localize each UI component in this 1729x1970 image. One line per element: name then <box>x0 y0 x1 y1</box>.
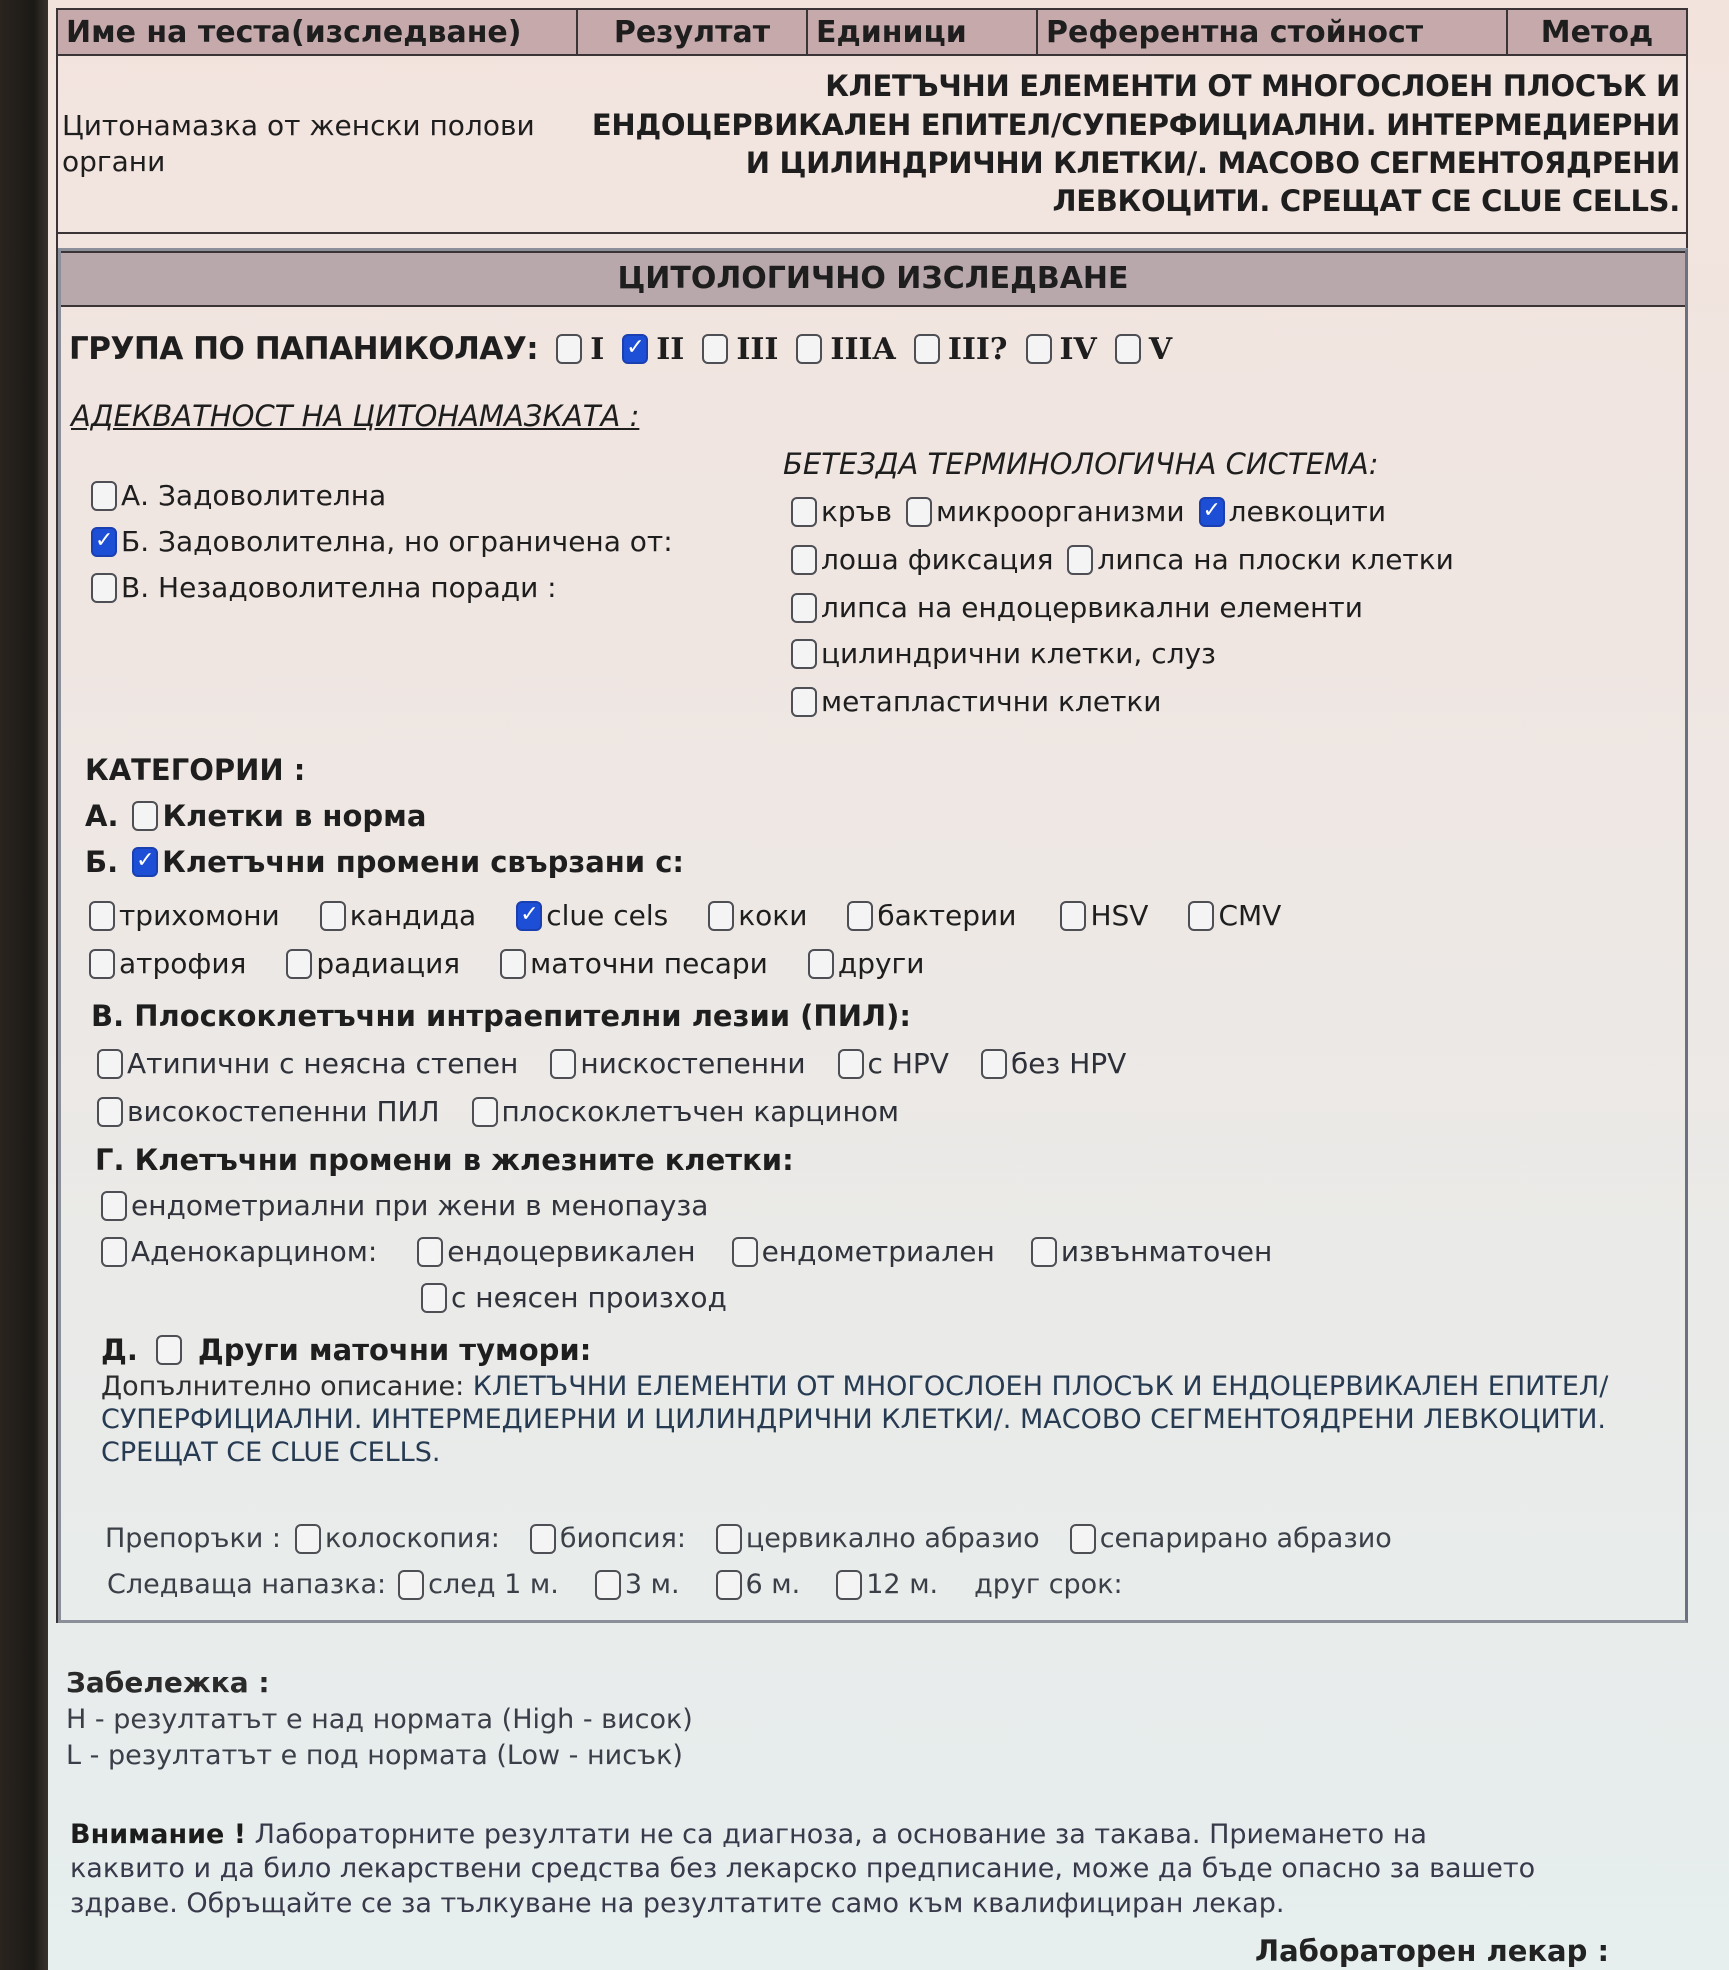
papanicolaou-option-label: III <box>736 332 778 367</box>
checkbox-icon[interactable] <box>530 1524 556 1554</box>
checkbox-checked-icon[interactable] <box>622 334 648 364</box>
papanicolaou-option[interactable]: IIIA <box>796 332 913 367</box>
adequacy-option-row: В. Незадоволителна поради : <box>91 571 579 604</box>
bethesda-option-row: лоша фиксациялипса на плоски клетки <box>791 543 1468 576</box>
checkbox-icon[interactable] <box>1188 901 1214 931</box>
checkbox-option[interactable]: липса на ендоцервикални елементи <box>791 591 1363 624</box>
checkbox-icon[interactable] <box>791 497 817 527</box>
papanicolaou-label: ГРУПА ПО ПАПАНИКОЛАУ: <box>69 331 538 367</box>
checkbox-icon[interactable] <box>906 497 932 527</box>
checkbox-option[interactable]: коки <box>708 899 807 932</box>
papanicolaou-option-label: III? <box>948 332 1008 367</box>
checkbox-option[interactable]: Б. Задоволителна, но ограничена от: <box>91 525 673 558</box>
checkbox-option[interactable]: след 1 м. <box>398 1569 559 1600</box>
category-v-option-row: високостепенни ПИЛплоскоклетъчен карцино… <box>97 1095 931 1128</box>
lab-report-page: Име на теста(изследване) Резултат Единиц… <box>48 0 1729 1970</box>
checkbox-label: А. Задоволителна <box>121 479 386 512</box>
checkbox-option[interactable]: кандида <box>320 899 476 932</box>
checkbox-label: Атипични с неясна степен <box>127 1047 518 1080</box>
notes-title: Забележка : <box>66 1666 270 1699</box>
results-table: Име на теста(изследване) Резултат Единиц… <box>56 8 1688 256</box>
category-g-option-row: Аденокарцином:ендоцервикаленендометриале… <box>101 1235 1308 1268</box>
checkbox-label: CMV <box>1218 899 1281 932</box>
category-b-row: Б. Клетъчни промени свързани с: <box>85 845 684 879</box>
checkbox-icon[interactable] <box>101 1237 127 1267</box>
checkbox-label: биопсия: <box>560 1523 686 1554</box>
papanicolaou-option[interactable]: III <box>702 332 796 367</box>
checkbox-label: микроорганизми <box>936 495 1185 528</box>
checkbox-option[interactable]: 3 м. <box>595 1569 680 1600</box>
checkbox-option[interactable]: с неясен произход <box>421 1281 727 1314</box>
other-term-label: друг срок: <box>974 1569 1122 1600</box>
next-smear-label: Следваща напазка: <box>107 1569 386 1600</box>
checkbox-icon[interactable] <box>791 545 817 575</box>
checkbox-label: радиация <box>316 947 460 980</box>
recommendations-options: колоскопия:биопсия:цервикално абразиосеп… <box>295 1523 1422 1554</box>
checkbox-label: сепарирано абразио <box>1100 1523 1392 1554</box>
category-d-checkbox[interactable] <box>156 1335 182 1365</box>
cytology-frame: ЦИТОЛОГИЧНО ИЗСЛЕДВАНЕ ГРУПА ПО ПАПАНИКО… <box>58 248 1688 1623</box>
checkbox-icon[interactable] <box>295 1524 321 1554</box>
papanicolaou-option[interactable]: I <box>556 332 622 367</box>
checkbox-icon[interactable] <box>91 481 117 511</box>
checkbox-option[interactable]: ендометриален <box>732 1235 995 1268</box>
checkbox-icon[interactable] <box>91 573 117 603</box>
column-header-name: Име на теста(изследване) <box>57 9 577 55</box>
papanicolaou-option[interactable]: V <box>1115 332 1190 367</box>
checkbox-icon[interactable] <box>1115 334 1141 364</box>
checkbox-icon[interactable] <box>500 949 526 979</box>
warning-label: Внимание ! <box>70 1819 246 1850</box>
checkbox-label: липса на ендоцервикални елементи <box>821 591 1363 624</box>
checkbox-option[interactable]: цилиндрични клетки, слуз <box>791 637 1216 670</box>
checkbox-label: след 1 м. <box>428 1569 559 1600</box>
checkbox-icon[interactable] <box>101 1191 127 1221</box>
checkbox-icon[interactable] <box>421 1283 447 1313</box>
table-header-row: Име на теста(изследване) Резултат Единиц… <box>57 9 1687 55</box>
result-line: И ЦИЛИНДРИЧНИ КЛЕТКИ/. МАСОВО СЕГМЕНТОЯД… <box>583 144 1680 182</box>
checkbox-option[interactable]: В. Незадоволителна поради : <box>91 571 557 604</box>
checkbox-option[interactable]: clue cels <box>516 899 668 932</box>
checkbox-label: липса на плоски клетки <box>1097 543 1453 576</box>
checkbox-icon[interactable] <box>89 949 115 979</box>
column-header-method: Метод <box>1507 9 1687 55</box>
category-g-title-row: Г. Клетъчни промени в жлезните клетки: <box>95 1143 794 1177</box>
bethesda-option-row: метапластични клетки <box>791 685 1175 718</box>
checkbox-checked-icon[interactable] <box>516 901 542 931</box>
checkbox-label: плоскоклетъчен карцином <box>502 1095 900 1128</box>
checkbox-option[interactable]: 12 м. <box>836 1569 938 1600</box>
checkbox-icon[interactable] <box>550 1049 576 1079</box>
papanicolaou-group: ГРУПА ПО ПАПАНИКОЛАУ: IIIIIIIIIAIII?IVV <box>69 331 1190 367</box>
checkbox-option[interactable]: липса на плоски клетки <box>1067 543 1453 576</box>
checkbox-option[interactable]: Аденокарцином: <box>101 1235 377 1268</box>
categories-title: КАТЕГОРИИ : <box>85 753 305 787</box>
cytology-section: ЦИТОЛОГИЧНО ИЗСЛЕДВАНЕ ГРУПА ПО ПАПАНИКО… <box>56 248 1688 1623</box>
next-smear-row: Следваща напазка: след 1 м.3 м.6 м.12 м.… <box>107 1569 1123 1600</box>
checkbox-label: 3 м. <box>625 1569 680 1600</box>
adequacy-title: АДЕКВАТНОСТ НА ЦИТОНАМАЗКАТА : <box>71 399 639 433</box>
category-a-prefix: А. <box>85 799 118 833</box>
category-d-row: Д. Други маточни тумори: <box>101 1333 591 1367</box>
adequacy-title-row: АДЕКВАТНОСТ НА ЦИТОНАМАЗКАТА : <box>71 399 639 433</box>
category-d-label: Други маточни тумори: <box>198 1333 591 1367</box>
checkbox-label: лоша фиксация <box>821 543 1053 576</box>
column-header-units: Единици <box>807 9 1037 55</box>
checkbox-icon[interactable] <box>1031 1237 1057 1267</box>
checkbox-label: коки <box>738 899 807 932</box>
checkbox-label: ендометриални при жени в менопауза <box>131 1189 708 1222</box>
checkbox-option[interactable]: бактерии <box>847 899 1016 932</box>
checkbox-label: 12 м. <box>866 1569 938 1600</box>
checkbox-label: кандида <box>350 899 476 932</box>
checkbox-icon[interactable] <box>417 1237 443 1267</box>
category-g-option-row: с неясен произход <box>421 1281 763 1314</box>
checkbox-label: метапластични клетки <box>821 685 1161 718</box>
result-line: КЛЕТЪЧНИ ЕЛЕМЕНТИ ОТ МНОГОСЛОЕН ПЛОСЪК И <box>583 67 1680 105</box>
adequacy-option-row: А. Задоволителна <box>91 479 408 512</box>
category-b-label: Клетъчни промени свързани с: <box>162 845 684 879</box>
checkbox-option[interactable]: лоша фиксация <box>791 543 1053 576</box>
category-a-checkbox[interactable] <box>132 801 158 831</box>
monitor-bezel <box>0 0 48 1970</box>
column-header-reference: Референтна стойност <box>1037 9 1507 55</box>
bethesda-option-row: кръвмикроорганизмилевкоцити <box>791 495 1400 528</box>
note-high: H - резултатът е над нормата (High - вис… <box>66 1704 693 1735</box>
checkbox-option[interactable]: 6 м. <box>716 1569 801 1600</box>
category-b-option-row: трихомоникандидаclue celsкокибактерииHSV… <box>89 899 1281 932</box>
category-a-row: А. Клетки в норма <box>85 799 426 833</box>
checkbox-label: нискостепенни <box>580 1047 805 1080</box>
checkbox-icon[interactable] <box>702 334 728 364</box>
checkbox-label: трихомони <box>119 899 280 932</box>
bethesda-title: БЕТЕЗДА ТЕРМИНОЛОГИЧНА СИСТЕМА: <box>783 447 1379 481</box>
checkbox-label: с HPV <box>868 1047 949 1080</box>
checkbox-option[interactable]: HSV <box>1060 899 1148 932</box>
bethesda-option-row: цилиндрични клетки, слуз <box>791 637 1230 670</box>
checkbox-icon[interactable] <box>708 901 734 931</box>
checkbox-option[interactable]: биопсия: <box>530 1523 686 1554</box>
checkbox-checked-icon[interactable] <box>91 527 117 557</box>
checkbox-icon[interactable] <box>320 901 346 931</box>
checkbox-icon[interactable] <box>97 1097 123 1127</box>
checkbox-icon[interactable] <box>1026 334 1052 364</box>
category-a-label: Клетки в норма <box>162 799 426 833</box>
checkbox-label: атрофия <box>119 947 246 980</box>
checkbox-option[interactable]: Атипични с неясна степен <box>97 1047 518 1080</box>
recommendations-label: Препоръки : <box>105 1523 281 1554</box>
checkbox-icon[interactable] <box>836 1570 862 1600</box>
column-header-result: Резултат <box>577 9 807 55</box>
checkbox-option[interactable]: с HPV <box>838 1047 949 1080</box>
additional-description-label: Допълнително описание: <box>101 1371 464 1402</box>
checkbox-label: clue cels <box>546 899 668 932</box>
checkbox-label: цилиндрични клетки, слуз <box>821 637 1216 670</box>
category-g-title: Г. Клетъчни промени в жлезните клетки: <box>95 1143 794 1177</box>
papanicolaou-option-label: V <box>1149 332 1172 367</box>
adequacy-option-row: Б. Задоволителна, но ограничена от: <box>91 525 695 558</box>
checkbox-option[interactable]: левкоцити <box>1199 495 1386 528</box>
table-row: Цитонамазка от женски полови органи КЛЕТ… <box>57 55 1687 233</box>
checkbox-label: колоскопия: <box>325 1523 500 1554</box>
papanicolaou-option-label: I <box>590 332 604 367</box>
category-b-checkbox[interactable] <box>132 847 158 877</box>
checkbox-option[interactable]: кръв <box>791 495 892 528</box>
category-b-prefix: Б. <box>85 845 118 879</box>
bethesda-option-row: липса на ендоцервикални елементи <box>791 591 1377 624</box>
cytology-title: ЦИТОЛОГИЧНО ИЗСЛЕДВАНЕ <box>61 251 1685 307</box>
checkbox-option[interactable]: маточни песари <box>500 947 768 980</box>
checkbox-icon[interactable] <box>1060 901 1086 931</box>
category-d-prefix: Д. <box>101 1333 138 1367</box>
checkbox-icon[interactable] <box>732 1237 758 1267</box>
checkbox-label: без HPV <box>1011 1047 1126 1080</box>
checkbox-icon[interactable] <box>1067 545 1093 575</box>
checkbox-option[interactable]: други <box>808 947 925 980</box>
checkbox-label: други <box>838 947 925 980</box>
checkbox-icon[interactable] <box>847 901 873 931</box>
checkbox-label: извънматочен <box>1061 1235 1272 1268</box>
category-v-title: В. Плоскоклетъчни интраепителни лезии (П… <box>91 999 911 1033</box>
papanicolaou-option-label: IV <box>1060 332 1097 367</box>
checkbox-option[interactable]: ендоцервикален <box>417 1235 695 1268</box>
papanicolaou-options: IIIIIIIIIAIII?IVV <box>556 332 1190 367</box>
category-v-title-row: В. Плоскоклетъчни интраепителни лезии (П… <box>91 999 911 1033</box>
checkbox-label: кръв <box>821 495 892 528</box>
category-v-option-row: Атипични с неясна степеннискостепеннис H… <box>97 1047 1158 1080</box>
checkbox-option[interactable]: сепарирано абразио <box>1070 1523 1392 1554</box>
checkbox-checked-icon[interactable] <box>1199 497 1225 527</box>
checkbox-option[interactable]: цервикално абразио <box>716 1523 1040 1554</box>
category-b-option-row: атрофиярадиацияматочни песаридруги <box>89 947 924 980</box>
checkbox-label: високостепенни ПИЛ <box>127 1095 440 1128</box>
checkbox-label: ендоцервикален <box>447 1235 695 1268</box>
note-low: L - резултатът е под нормата (Low - нисъ… <box>66 1740 683 1771</box>
checkbox-label: маточни песари <box>530 947 768 980</box>
checkbox-option[interactable]: ендометриални при жени в менопауза <box>101 1189 708 1222</box>
next-smear-options: след 1 м.3 м.6 м.12 м. <box>398 1569 974 1600</box>
checkbox-option[interactable]: извънматочен <box>1031 1235 1272 1268</box>
checkbox-option[interactable]: трихомони <box>89 899 280 932</box>
checkbox-icon[interactable] <box>1070 1524 1096 1554</box>
bethesda-title-row: БЕТЕЗДА ТЕРМИНОЛОГИЧНА СИСТЕМА: <box>783 447 1379 481</box>
category-g-option-row: ендометриални при жени в менопауза <box>101 1189 744 1222</box>
papanicolaou-option[interactable]: III? <box>914 332 1026 367</box>
checkbox-option[interactable]: А. Задоволителна <box>91 479 386 512</box>
papanicolaou-option[interactable]: II <box>622 332 702 367</box>
test-result-cell: КЛЕТЪЧНИ ЕЛЕМЕНТИ ОТ МНОГОСЛОЕН ПЛОСЪК И… <box>577 55 1687 233</box>
checkbox-icon[interactable] <box>791 687 817 717</box>
checkbox-label: левкоцити <box>1229 495 1386 528</box>
checkbox-label: Б. Задоволителна, но ограничена от: <box>121 525 673 558</box>
checkbox-option[interactable]: микроорганизми <box>906 495 1185 528</box>
checkbox-icon[interactable] <box>796 334 822 364</box>
result-line: ЛЕВКОЦИТИ. СРЕЩАТ СЕ CLUE CELLS. <box>583 182 1680 220</box>
checkbox-icon[interactable] <box>716 1570 742 1600</box>
papanicolaou-option[interactable]: IV <box>1026 332 1115 367</box>
checkbox-option[interactable]: атрофия <box>89 947 246 980</box>
checkbox-option[interactable]: високостепенни ПИЛ <box>97 1095 440 1128</box>
checkbox-icon[interactable] <box>97 1049 123 1079</box>
papanicolaou-option-label: II <box>656 332 684 367</box>
warning-body: Лабораторните резултати не са диагноза, … <box>70 1819 1535 1919</box>
checkbox-label: HSV <box>1090 899 1148 932</box>
checkbox-icon[interactable] <box>791 593 817 623</box>
result-line: ЕНДОЦЕРВИКАЛЕН ЕПИТЕЛ/СУПЕРФИЦИАЛНИ. ИНТ… <box>583 106 1680 144</box>
checkbox-icon[interactable] <box>981 1049 1007 1079</box>
checkbox-icon[interactable] <box>914 334 940 364</box>
test-name-cell: Цитонамазка от женски полови органи <box>57 55 577 233</box>
papanicolaou-option-label: IIIA <box>830 332 895 367</box>
checkbox-icon[interactable] <box>716 1524 742 1554</box>
checkbox-icon[interactable] <box>808 949 834 979</box>
checkbox-icon[interactable] <box>791 639 817 669</box>
checkbox-option[interactable]: колоскопия: <box>295 1523 500 1554</box>
checkbox-label: цервикално абразио <box>746 1523 1040 1554</box>
checkbox-icon[interactable] <box>89 901 115 931</box>
checkbox-option[interactable]: без HPV <box>981 1047 1126 1080</box>
checkbox-option[interactable]: метапластични клетки <box>791 685 1161 718</box>
checkbox-label: бактерии <box>877 899 1016 932</box>
checkbox-icon[interactable] <box>838 1049 864 1079</box>
checkbox-option[interactable]: нискостепенни <box>550 1047 805 1080</box>
recommendations-row: Препоръки : колоскопия:биопсия:цервикалн… <box>105 1523 1422 1554</box>
checkbox-option[interactable]: радиация <box>286 947 460 980</box>
lab-doctor-label: Лабораторен лекар : <box>1255 1934 1609 1968</box>
checkbox-icon[interactable] <box>286 949 312 979</box>
checkbox-icon[interactable] <box>595 1570 621 1600</box>
checkbox-label: ендометриален <box>762 1235 995 1268</box>
checkbox-label: с неясен произход <box>451 1281 727 1314</box>
categories-title-row: КАТЕГОРИИ : <box>85 753 305 787</box>
checkbox-icon[interactable] <box>556 334 582 364</box>
checkbox-label: Аденокарцином: <box>131 1235 377 1268</box>
additional-description: Допълнително описание: КЛЕТЪЧНИ ЕЛЕМЕНТИ… <box>101 1371 1661 1470</box>
checkbox-icon[interactable] <box>398 1570 424 1600</box>
warning-text: Внимание ! Лабораторните резултати не са… <box>70 1818 1550 1921</box>
checkbox-option[interactable]: CMV <box>1188 899 1281 932</box>
checkbox-label: 6 м. <box>746 1569 801 1600</box>
checkbox-icon[interactable] <box>472 1097 498 1127</box>
checkbox-label: В. Незадоволителна поради : <box>121 571 557 604</box>
checkbox-option[interactable]: плоскоклетъчен карцином <box>472 1095 900 1128</box>
